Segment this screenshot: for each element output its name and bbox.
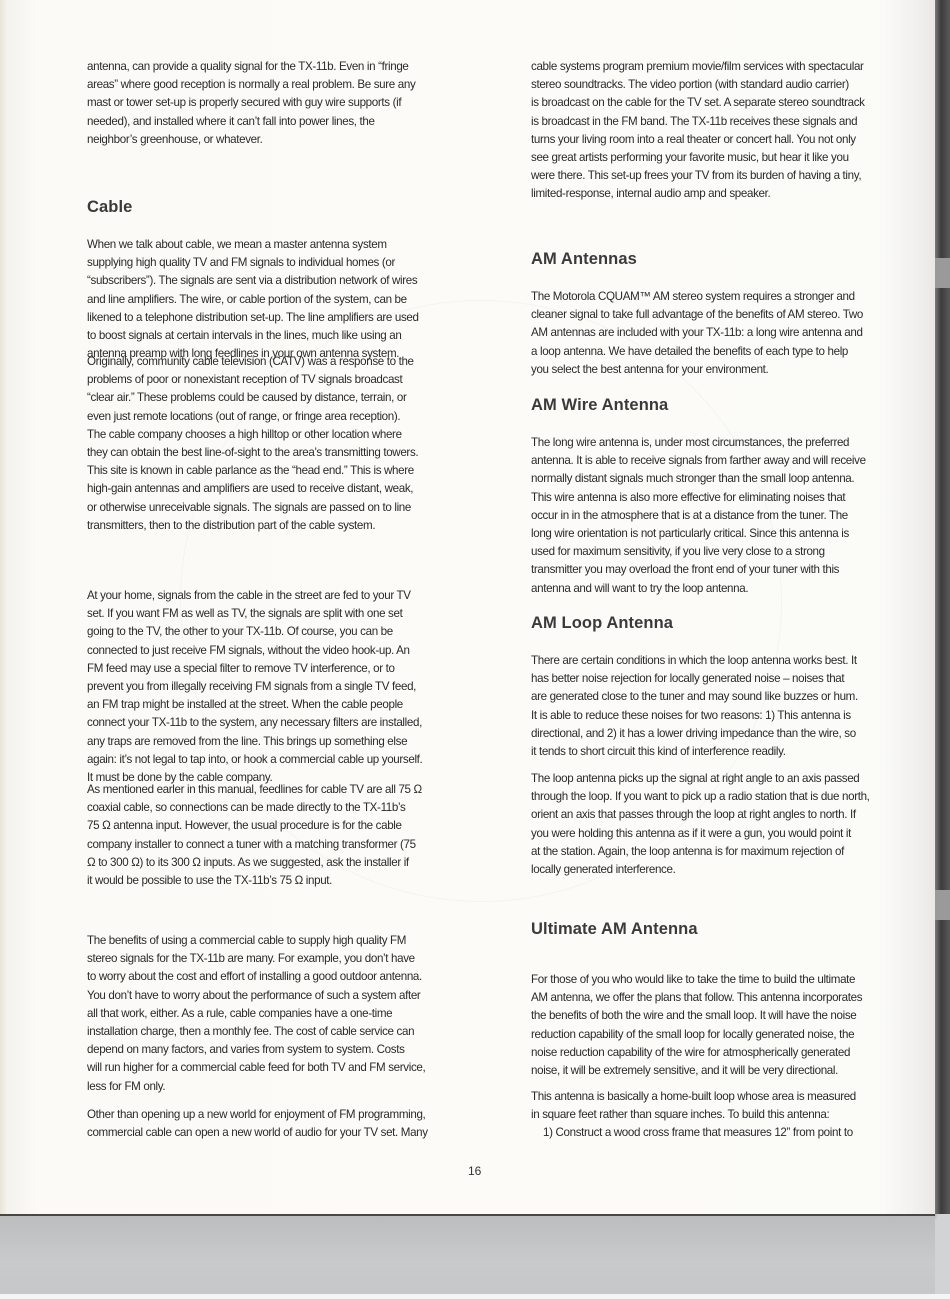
book-binding-edge (935, 0, 950, 1214)
paragraph-cable-at-home: At your home, signals from the cable in … (87, 587, 465, 787)
paragraph-premium-services: cable systems program premium movie/film… (531, 58, 909, 204)
paragraph-antenna-intro: antenna, can provide a quality signal fo… (87, 58, 465, 149)
paragraph-am-antennas: The Motorola CQUAM™ AM stereo system req… (531, 288, 909, 379)
paragraph-loop-orientation: The loop antenna picks up the signal at … (531, 770, 909, 879)
heading-am-loop-antenna: AM Loop Antenna (531, 614, 673, 632)
scanner-bottom-edge (0, 1294, 950, 1299)
page-number: 16 (468, 1164, 481, 1178)
scanner-background (0, 1216, 935, 1294)
paragraph-am-wire-antenna: The long wire antenna is, under most cir… (531, 434, 909, 598)
paragraph-catv-origin: Originally, community cable television (… (87, 353, 465, 535)
paragraph-cable-benefits: The benefits of using a commercial cable… (87, 932, 465, 1096)
paragraph-cable-definition: When we talk about cable, we mean a mast… (87, 236, 465, 363)
heading-cable: Cable (87, 198, 132, 216)
instruction-step-1: 1) Construct a wood cross frame that mea… (543, 1124, 913, 1142)
paragraph-home-built-loop: This antenna is basically a home-built l… (531, 1088, 909, 1124)
heading-am-wire-antenna: AM Wire Antenna (531, 396, 668, 414)
heading-am-antennas: AM Antennas (531, 250, 637, 268)
heading-ultimate-am-antenna: Ultimate AM Antenna (531, 920, 698, 938)
paragraph-feedlines: As mentioned earler in this manual, feed… (87, 781, 465, 890)
binding-notch (935, 890, 950, 920)
manual-page: antenna, can provide a quality signal fo… (0, 0, 935, 1216)
paragraph-tv-audio: Other than opening up a new world for en… (87, 1106, 477, 1142)
page-left-edge (0, 0, 8, 1214)
binding-notch (935, 258, 950, 288)
paragraph-ultimate-intro: For those of you who would like to take … (531, 971, 909, 1080)
paragraph-loop-conditions: There are certain conditions in which th… (531, 652, 909, 761)
